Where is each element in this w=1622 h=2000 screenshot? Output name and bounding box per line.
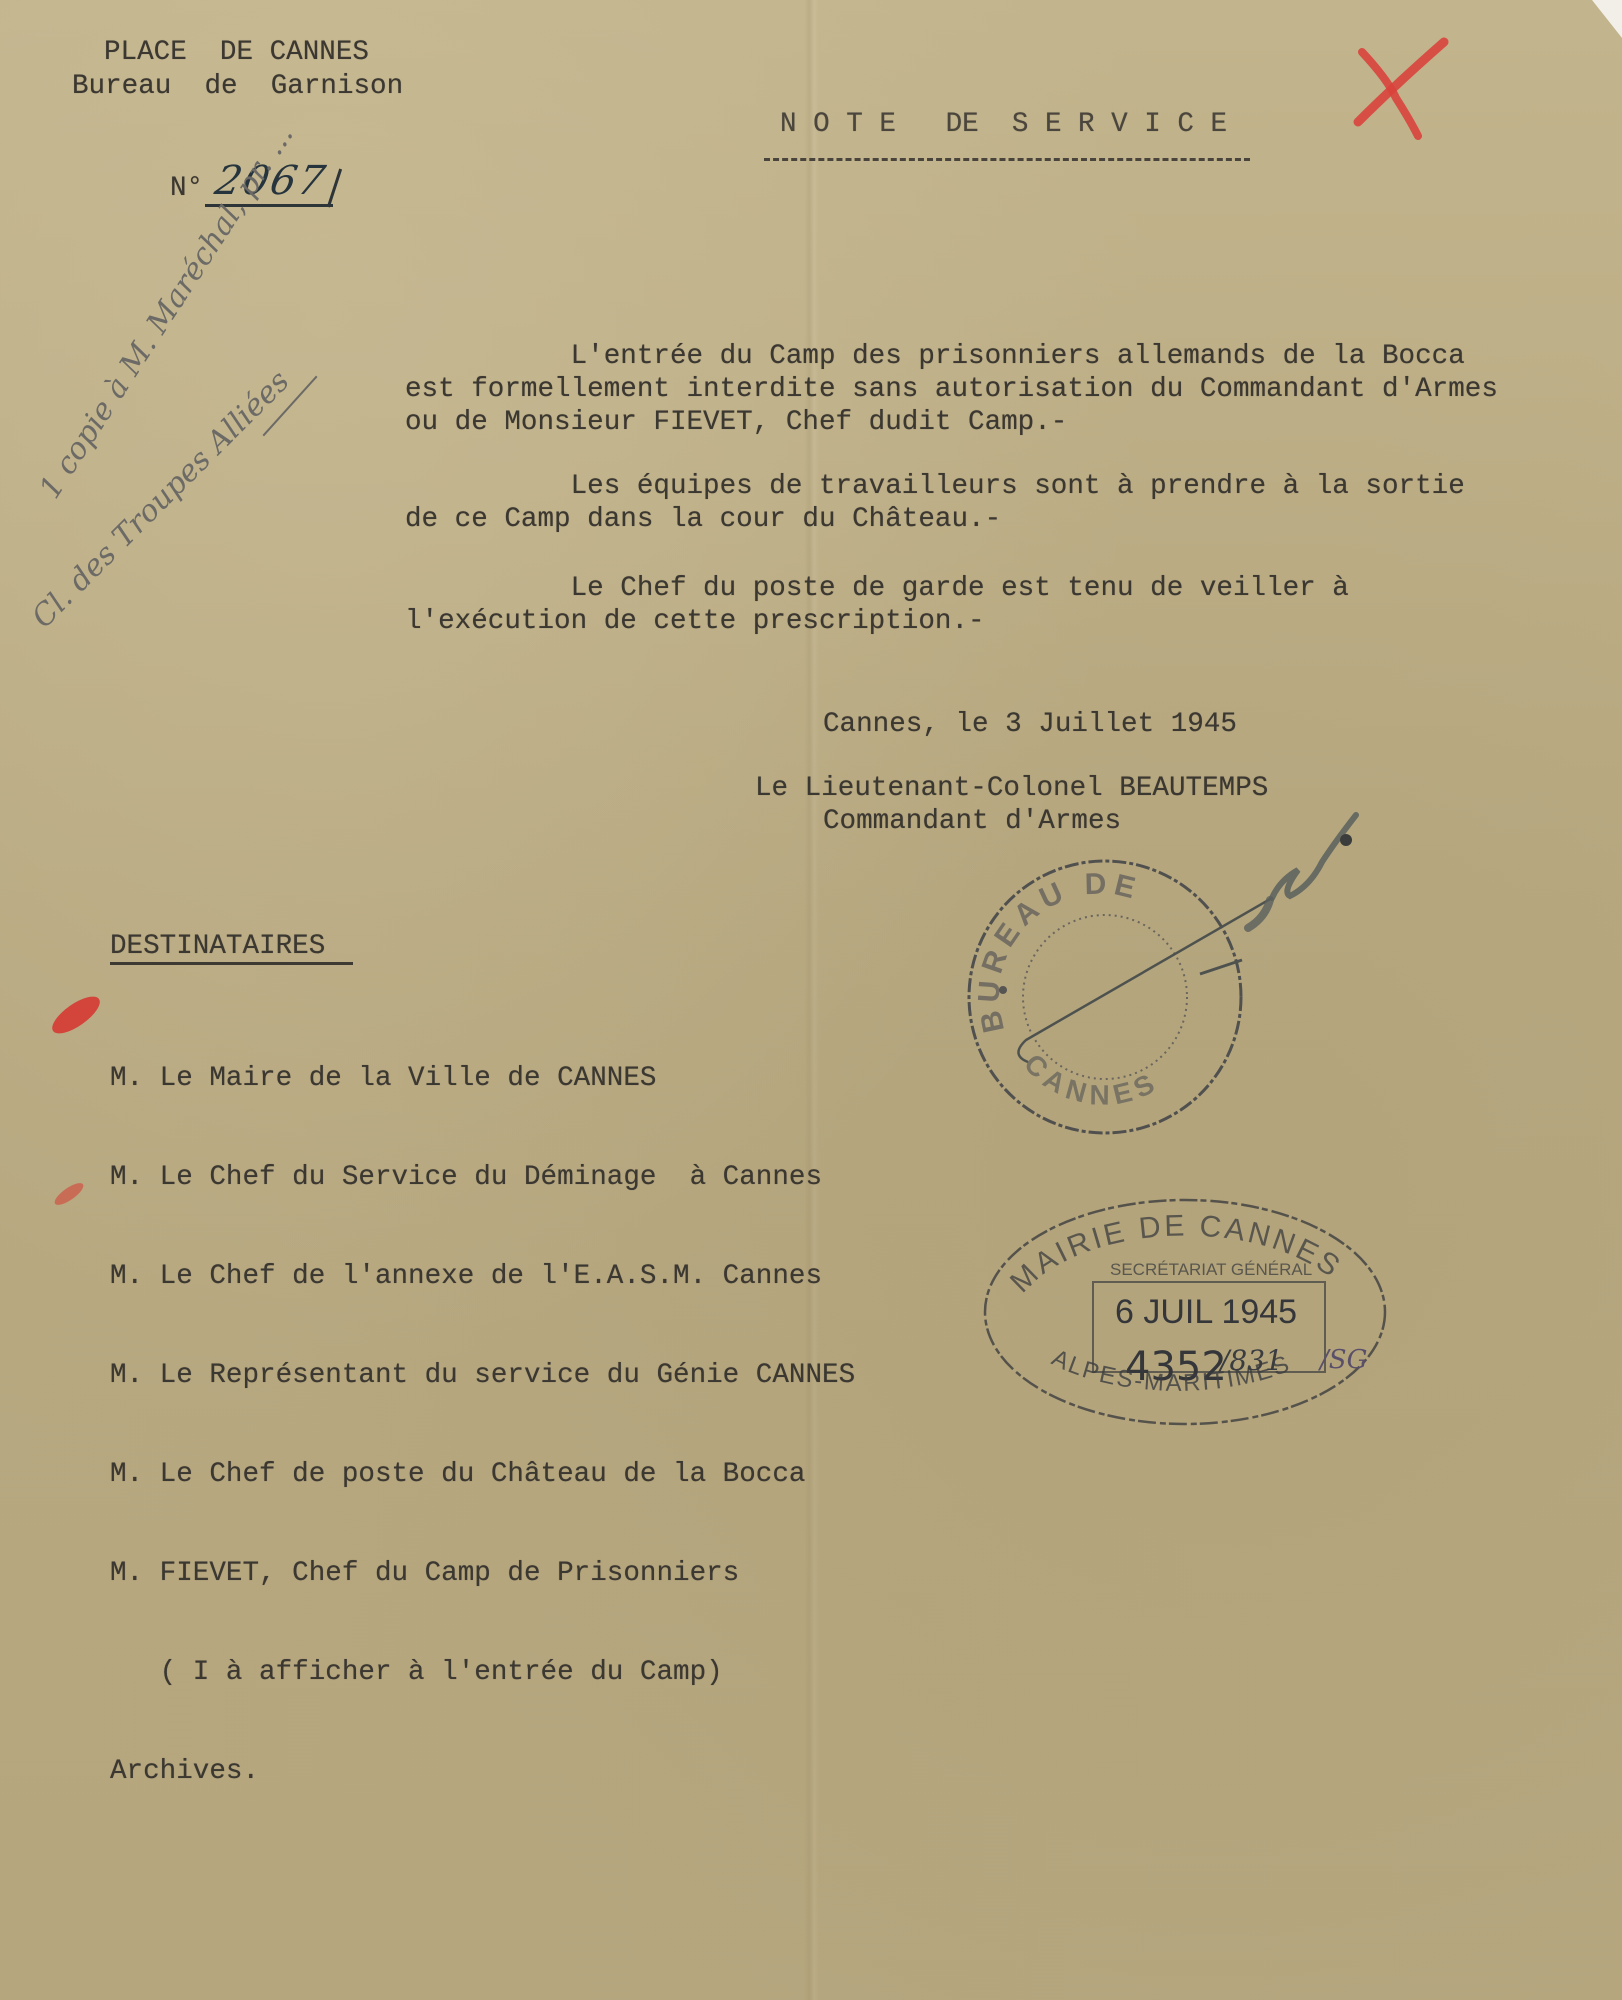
recipient-item: ( I à afficher à l'entrée du Camp) — [110, 1656, 855, 1689]
oval-stamp-handwritten-suffix: /SG — [1317, 1345, 1367, 1375]
recipient-item: M. FIEVET, Chef du Camp de Prisonniers — [110, 1557, 855, 1590]
header-bureau: Bureau de Garnison — [72, 70, 403, 103]
red-crayon-mark-1 — [47, 990, 105, 1040]
recipient-item: M. Le Représentant du service du Génie C… — [110, 1359, 855, 1392]
mairie-oval-stamp: MAIRIE DE CANNES SECRÉTARIAT GÉNÉRAL 6 J… — [975, 1190, 1395, 1440]
recipient-item: M. Le Chef de l'annexe de l'E.A.S.M. Can… — [110, 1260, 855, 1293]
signature — [980, 800, 1400, 1100]
red-crayon-mark-2 — [52, 1179, 87, 1208]
document-title: N O T E DE S E R V I C E — [780, 108, 1227, 141]
body-paragraph-3: Le Chef du poste de garde est tenu de ve… — [405, 572, 1349, 638]
svg-text:MAIRIE DE CANNES: MAIRIE DE CANNES — [1004, 1209, 1348, 1299]
recipients-title: DESTINATAIRES — [110, 930, 325, 963]
recipients-underline — [110, 962, 353, 965]
recipient-item: M. Le Chef du Service du Déminage à Cann… — [110, 1161, 855, 1194]
header-place: PLACE DE CANNES — [104, 36, 369, 69]
pencil-note-copy: 1 copie à M. Maréchal, pr. ... — [33, 119, 301, 505]
pencil-note-troops: Cl. des Troupes Alliées — [25, 364, 296, 635]
red-cross-mark-icon — [1340, 30, 1460, 150]
number-label: N° — [170, 172, 203, 205]
recipient-item: Archives. — [110, 1755, 855, 1788]
oval-stamp-date: 6 JUIL 1945 — [1115, 1293, 1297, 1331]
body-paragraph-2: Les équipes de travailleurs sont à prend… — [405, 470, 1465, 536]
oval-stamp-subtitle: SECRÉTARIAT GÉNÉRAL — [1110, 1260, 1312, 1279]
date-line: Cannes, le 3 Juillet 1945 — [823, 708, 1237, 741]
number-slash — [327, 169, 342, 208]
recipient-item: M. Le Chef de poste du Château de la Boc… — [110, 1458, 855, 1491]
oval-stamp-top-text: MAIRIE DE CANNES — [1004, 1209, 1348, 1299]
page-corner — [1592, 0, 1622, 38]
body-paragraph-1: L'entrée du Camp des prisonniers alleman… — [405, 340, 1498, 439]
recipient-item: M. Le Maire de la Ville de CANNES — [110, 1062, 855, 1095]
title-dashed-underline — [764, 158, 1250, 161]
recipients-list: M. Le Maire de la Ville de CANNES M. Le … — [110, 996, 855, 1821]
